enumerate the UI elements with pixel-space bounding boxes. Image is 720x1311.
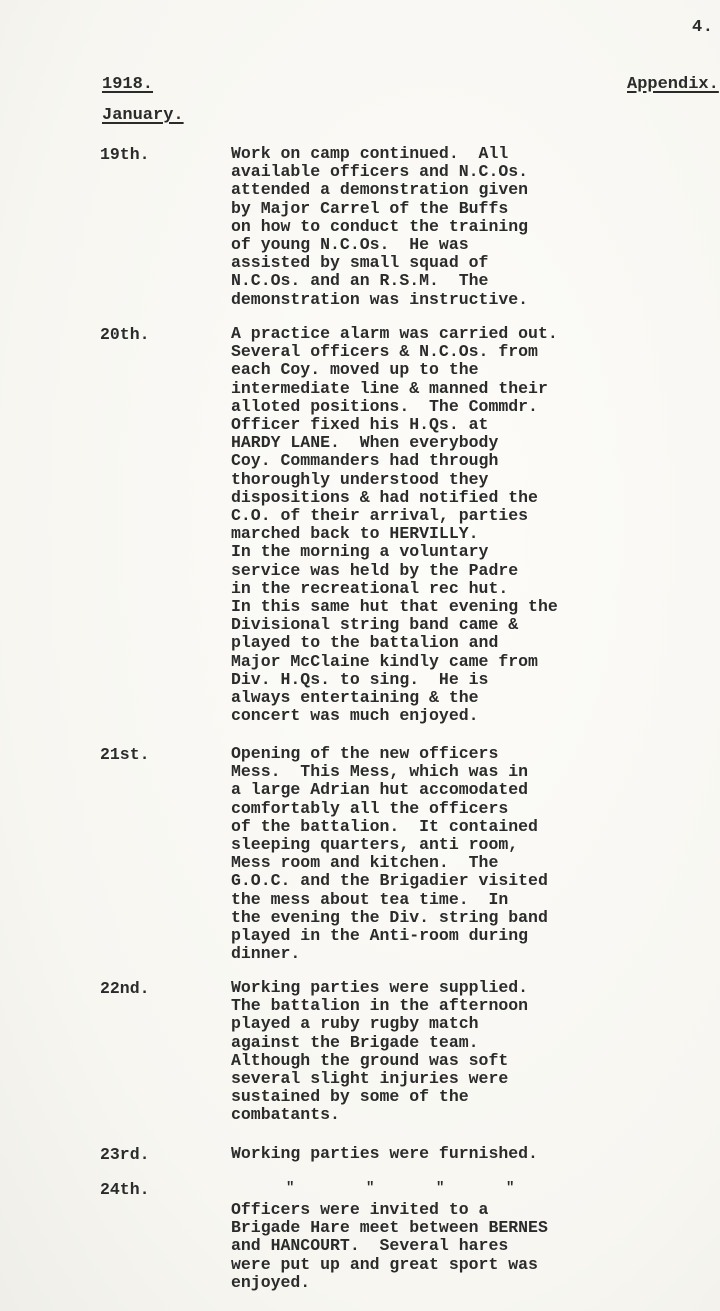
entry-date: 22nd. [100, 979, 150, 998]
entry-date: 20th. [100, 325, 150, 344]
entry-date: 19th. [100, 145, 150, 164]
entry-text: Working parties were supplied. The batta… [231, 979, 528, 1125]
entry-text: A practice alarm was carried out. Severa… [231, 325, 558, 725]
entry-date: 21st. [100, 745, 150, 764]
entry-text: Opening of the new officers Mess. This M… [231, 745, 548, 963]
ditto-mark: " [436, 1180, 444, 1196]
entry-text: Officers were invited to a Brigade Hare … [231, 1201, 548, 1292]
ditto-mark: " [366, 1180, 374, 1196]
page-number: 4. [692, 18, 713, 37]
ditto-mark: " [506, 1180, 514, 1196]
entry-date: 24th. [100, 1180, 150, 1199]
appendix-label: Appendix. [627, 75, 719, 94]
entry-date: 23rd. [100, 1145, 150, 1164]
typed-document-page: 4. 1918. Appendix. January. 19th. Work o… [0, 0, 720, 1311]
entry-text: Work on camp continued. All available of… [231, 145, 528, 309]
entry-text: Working parties were furnished. [231, 1145, 538, 1163]
year-heading: 1918. [102, 75, 153, 94]
month-heading: January. [102, 106, 184, 125]
ditto-mark: " [286, 1180, 294, 1196]
